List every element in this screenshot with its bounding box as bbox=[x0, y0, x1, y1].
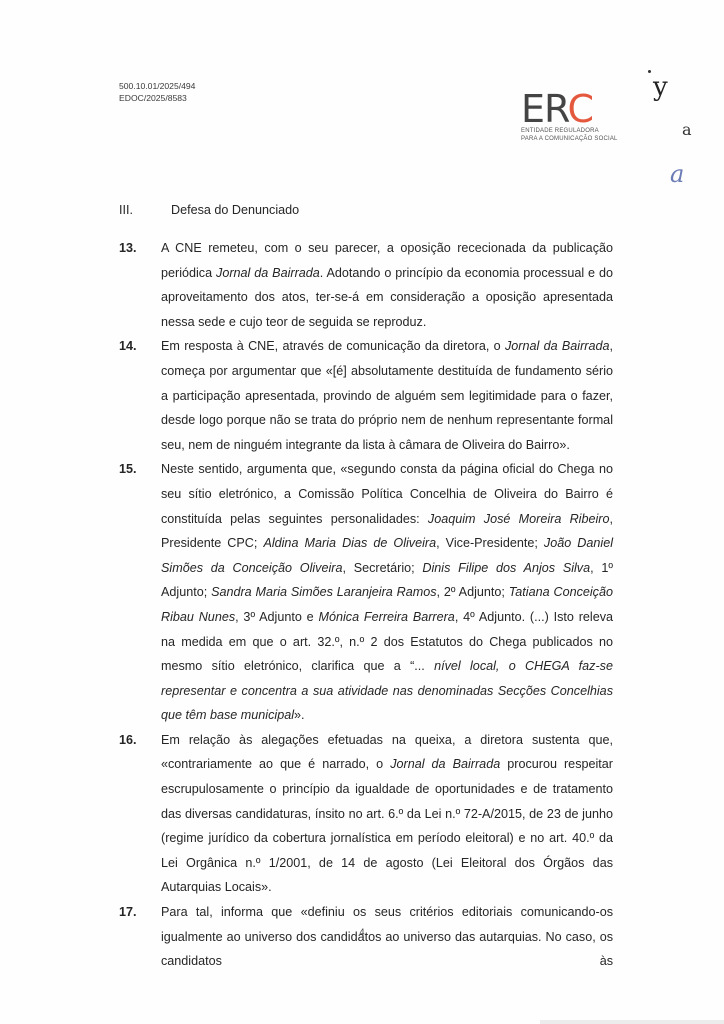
handwritten-initial-1: y bbox=[653, 72, 668, 102]
paragraph-16: 16.Em relação às alegações efetuadas na … bbox=[119, 728, 613, 900]
erc-logo: ERC ENTIDADE REGULADORA PARA A COMUNICAÇ… bbox=[521, 91, 641, 143]
logo-subtitle: ENTIDADE REGULADORA PARA A COMUNICAÇÃO S… bbox=[521, 128, 641, 143]
paragraph-number: 16. bbox=[119, 728, 161, 900]
paragraph-13: 13.A CNE remeteu, com o seu parecer, a o… bbox=[119, 236, 613, 334]
handwritten-initial-3: a bbox=[670, 160, 684, 188]
process-reference: 500.10.01/2025/494 bbox=[119, 80, 195, 92]
paragraph-14: 14.Em resposta à CNE, através de comunic… bbox=[119, 334, 613, 457]
paragraph-list: 13.A CNE remeteu, com o seu parecer, a o… bbox=[119, 236, 613, 974]
handwritten-initial-2: a bbox=[682, 120, 692, 139]
paragraph-text: Em relação às alegações efetuadas na que… bbox=[161, 728, 613, 900]
paragraph-15: 15.Neste sentido, argumenta que, «segund… bbox=[119, 457, 613, 728]
paragraph-number: 13. bbox=[119, 236, 161, 334]
paragraph-number: 14. bbox=[119, 334, 161, 457]
section-title: Defesa do Denunciado bbox=[171, 203, 299, 217]
paragraph-number: 15. bbox=[119, 457, 161, 728]
paragraph-text: Neste sentido, argumenta que, «segundo c… bbox=[161, 457, 613, 728]
document-references: 500.10.01/2025/494 EDOC/2025/8583 bbox=[119, 80, 195, 104]
scan-edge bbox=[540, 1020, 724, 1024]
logo-mark: ERC bbox=[521, 91, 641, 127]
paragraph-text: Em resposta à CNE, através de comunicaçã… bbox=[161, 334, 613, 457]
page-number: 4 bbox=[0, 927, 724, 937]
section-number: III. bbox=[119, 203, 171, 217]
edoc-reference: EDOC/2025/8583 bbox=[119, 92, 195, 104]
paragraph-text: A CNE remeteu, com o seu parecer, a opos… bbox=[161, 236, 613, 334]
section-heading: III. Defesa do Denunciado bbox=[119, 203, 299, 217]
handwritten-dot bbox=[648, 70, 651, 73]
